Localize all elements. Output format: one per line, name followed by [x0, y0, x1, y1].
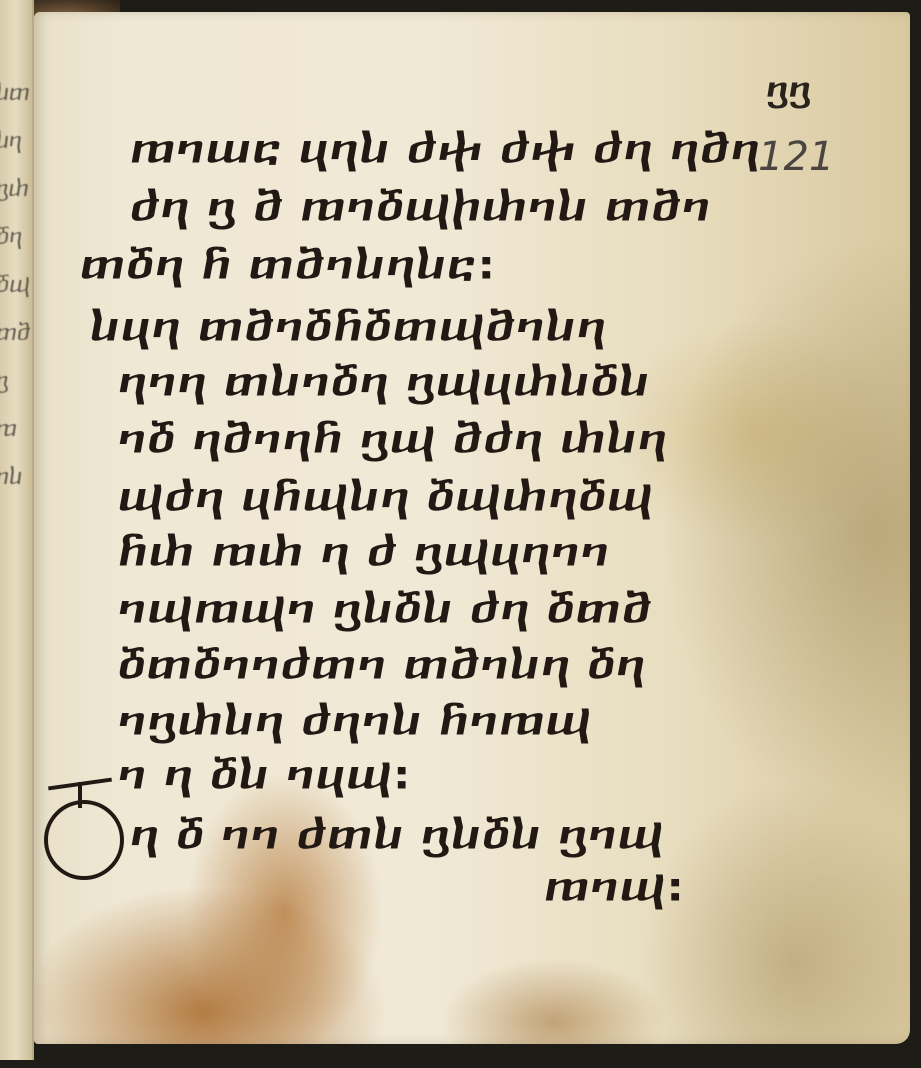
- text-line-11: ⴈⴂⴐⴑⴄ ⴛⴄⴈⴑ ⴌⴈⴊⴓ: [118, 699, 592, 745]
- text-line-14: ⴊⴈⴓ:: [544, 865, 685, 911]
- text-line-5: ⴄⴈⴄ ⴇⴑⴈⴃⴄ ⴂⴓⴗⴐⴑⴃⴑ: [118, 360, 650, 406]
- text-line-3: ⴇⴃⴄ ⴌ ⴇⴋⴈⴑⴄⴑⴀ:: [80, 243, 496, 289]
- decorated-initial-letter: [44, 800, 124, 880]
- text-line-1: ⴊⴈⴍⴀ ⴗⴄⴑ ⴛⴕ ⴛⴕ ⴛⴄ ⴄⴋⴄ: [130, 127, 761, 173]
- manuscript-leaf: ⴂⴂ 121 ⴊⴈⴍⴀ ⴗⴄⴑ ⴛⴕ ⴛⴕ ⴛⴄ ⴄⴋⴄ ⴛⴄ ⴂ ⴋ ⴊⴈⴃⴓ…: [34, 12, 910, 1044]
- previous-page-edge: ⴑⴇ ⴑⴄ ⴂⴐ ⴃⴄ ⴃⴓ ⴇⴋ ⴂ ⴊ ⴈⴑ: [0, 0, 34, 1060]
- text-line-7: ⴓⴛⴄ ⴗⴌⴓⴑⴄ ⴃⴓⴐⴄⴃⴓ: [118, 475, 654, 521]
- text-line-9: ⴈⴓⴊⴓⴈ ⴂⴑⴃⴑ ⴛⴄ ⴃⴇⴋ: [118, 587, 653, 633]
- text-line-6: ⴈⴃ ⴄⴋⴈⴄⴌ ⴂⴓ ⴋⴛⴄ ⴐⴑⴄ: [118, 417, 668, 463]
- previous-page-text: ⴑⴇ ⴑⴄ ⴂⴐ ⴃⴄ ⴃⴓ ⴇⴋ ⴂ ⴊ ⴈⴑ: [0, 70, 30, 502]
- text-line-12: ⴈ ⴄ ⴃⴑ ⴈⴗⴓ:: [118, 753, 412, 799]
- text-line-2: ⴛⴄ ⴂ ⴋ ⴊⴈⴃⴓⴙⴐⴈⴑ ⴇⴋⴈ: [130, 185, 712, 231]
- text-line-10: ⴃⴇⴃⴈⴈⴛⴇⴈ ⴇⴋⴈⴑⴄ ⴃⴄ: [118, 643, 646, 689]
- text-line-4: ⴑⴗⴄ ⴇⴋⴈⴃⴌⴃⴇⴓⴋⴈⴑⴄ: [90, 305, 607, 351]
- text-line-13: ⴄ ⴃ ⴈⴈ ⴛⴇⴑ ⴂⴑⴃⴑ ⴂⴈⴓ: [130, 813, 664, 859]
- manuscript-text: ⴊⴈⴍⴀ ⴗⴄⴑ ⴛⴕ ⴛⴕ ⴛⴄ ⴄⴋⴄ ⴛⴄ ⴂ ⴋ ⴊⴈⴃⴓⴙⴐⴈⴑ ⴇⴋ…: [34, 12, 910, 1044]
- text-line-8: ⴌⴐ ⴊⴐ ⴄ ⴛ ⴂⴓⴗⴄⴈⴈ: [118, 530, 610, 576]
